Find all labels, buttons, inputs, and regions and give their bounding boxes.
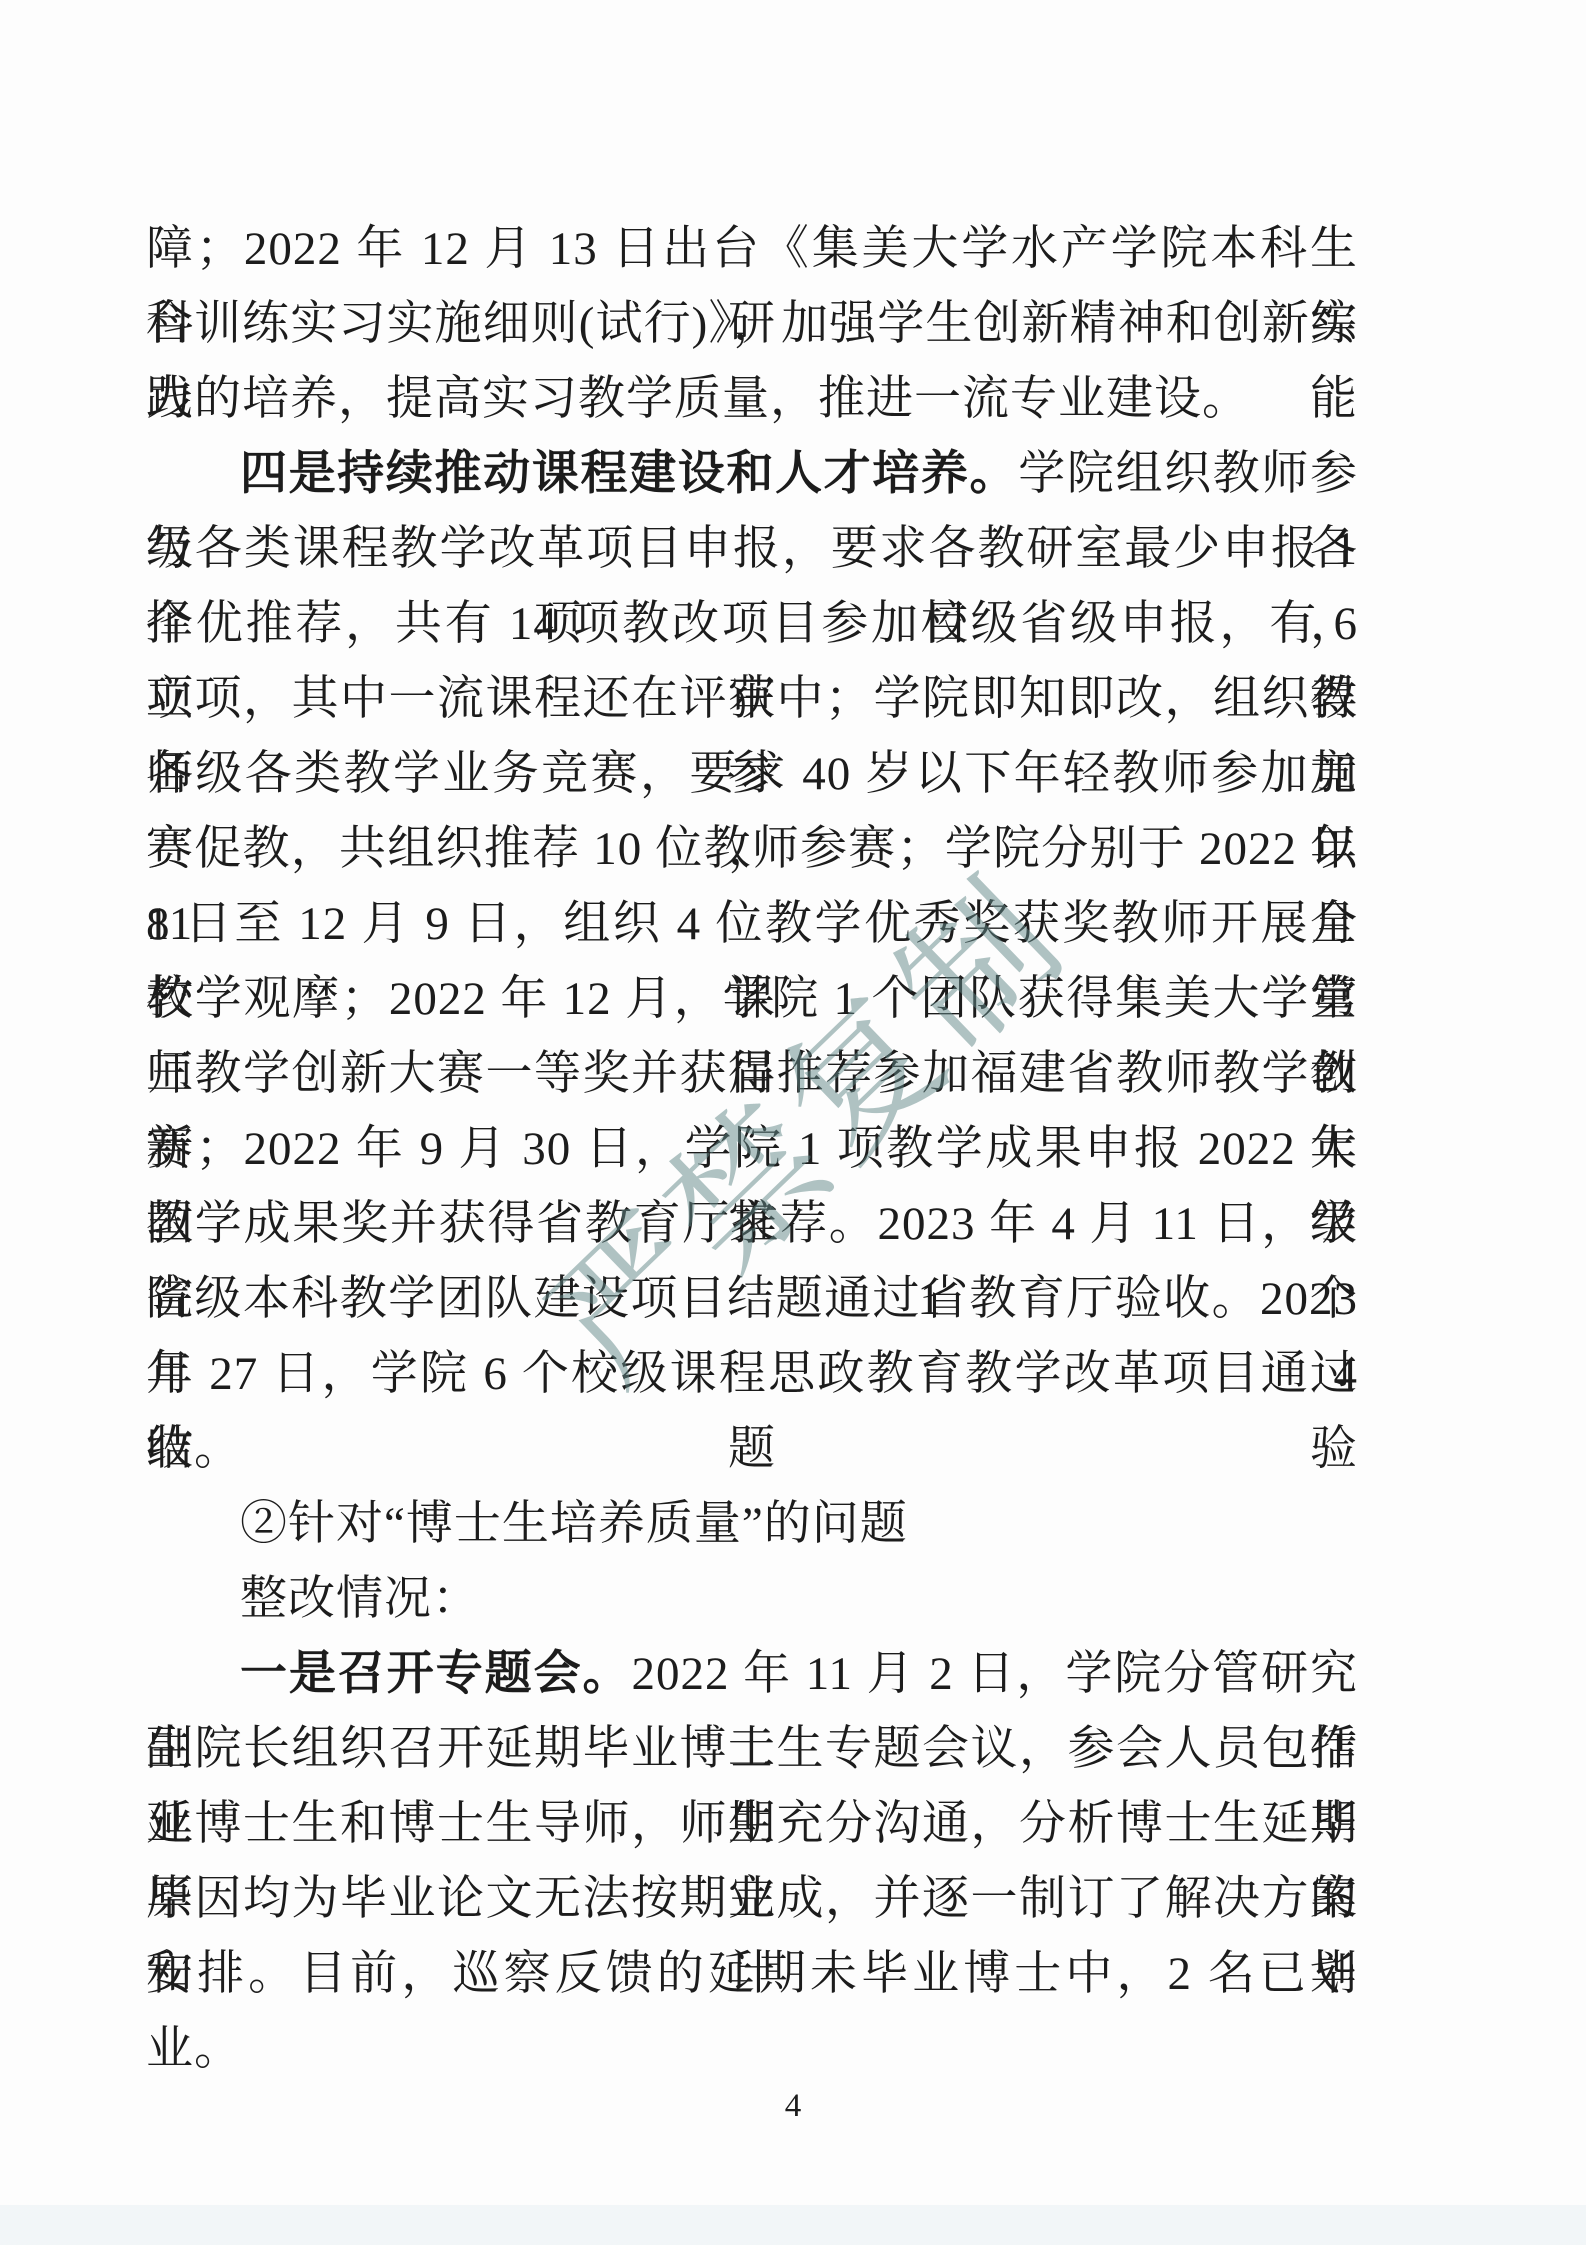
text-run: ②针对“博士生培养质量”的问题 [240, 1498, 908, 1550]
text-line: 赛促教，共组织推荐 10 位教师参赛；学院分别于 2022 年 11 月 [146, 812, 1358, 887]
bold-text-run: 一是召开专题会。 [240, 1648, 631, 1700]
text-run: 安排。目前，巡察反馈的延期未毕业博士中，2 名已毕业。 [146, 1948, 1358, 2075]
scan-edge-artifact [0, 2205, 1586, 2245]
text-line: 省级本科教学团队建设项目结题通过省教育厅验收。2023 年 4 [146, 1262, 1358, 1337]
text-run: 整改情况： [240, 1573, 480, 1625]
text-line: 级各类课程教学改革项目申报，要求各教研室最少申报 1 个项目， [146, 512, 1358, 587]
text-line: 合训练实习实施细则(试行)》，加强学生创新精神和创新实践能 [146, 287, 1358, 362]
text-line: 一是召开专题会。2022 年 11 月 2 日，学院分管研究生工作 [146, 1637, 1358, 1712]
bold-text-run: 四是持续推动课程建设和人才培养。 [240, 448, 1018, 500]
document-body: 障；2022 年 12 月 13 日出台《集美大学水产学院本科生科研综合训练实习… [146, 212, 1358, 2012]
text-line: 业博士生和博士生导师，师生充分沟通，分析博士生延期毕业的 [146, 1787, 1358, 1862]
text-line: 师教学创新大赛一等奖并获得推荐参加福建省教师教学创新大 [146, 1037, 1358, 1112]
text-line: 教学观摩；2022 年 12 月，学院 1 个团队获得集美大学第三届教 [146, 962, 1358, 1037]
text-line: 月 27 日，学院 6 个校级课程思政教育教学改革项目通过结题验 [146, 1337, 1358, 1412]
text-line: 安排。目前，巡察反馈的延期未毕业博士中，2 名已毕业。 [146, 1937, 1358, 2012]
text-run: 收。 [146, 1423, 242, 1475]
text-line: 原因均为毕业论文无法按期完成，并逐一制订了解决方案和计划 [146, 1862, 1358, 1937]
text-line: 8 日至 12 月 9 日，组织 4 位教学优秀奖获奖教师开展全校课堂 [146, 887, 1358, 962]
document-page: 严禁复制 障；2022 年 12 月 13 日出台《集美大学水产学院本科生科研综… [0, 0, 1586, 2245]
text-line: 整改情况： [146, 1562, 1358, 1637]
text-line: 四是持续推动课程建设和人才培养。学院组织教师参与各 [146, 437, 1358, 512]
text-line: 赛；2022 年 9 月 30 日，学院 1 项教学成果申报 2022 年国家级 [146, 1112, 1358, 1187]
text-line: 择优推荐，共有 14 项教改项目参加校级省级申报，有 6 项获得 [146, 587, 1358, 662]
text-line: 力的培养，提高实习教学质量，推进一流专业建设。 [146, 362, 1358, 437]
text-line: 副院长组织召开延期毕业博士生专题会议，参会人员包括延期毕 [146, 1712, 1358, 1787]
text-line: 教学成果奖并获得省教育厅推荐。2023 年 4 月 11 日，学院 1 个 [146, 1187, 1358, 1262]
text-run: 月 27 日，学院 6 个校级课程思政教育教学改革项目通过结题验 [146, 1348, 1358, 1475]
page-footer: 4 [0, 2088, 1586, 2125]
text-line: 障；2022 年 12 月 13 日出台《集美大学水产学院本科生科研综 [146, 212, 1358, 287]
text-line: 各级各类教学业务竞赛，要求 40 岁以下年轻教师参加竞赛，以 [146, 737, 1358, 812]
text-run: 力的培养，提高实习教学质量，推进一流专业建设。 [146, 373, 1250, 425]
page-number: 4 [785, 2088, 802, 2124]
text-line: 立项，其中一流课程还在评审中；学院即知即改，组织教师参加 [146, 662, 1358, 737]
text-line: ②针对“博士生培养质量”的问题 [146, 1487, 1358, 1562]
